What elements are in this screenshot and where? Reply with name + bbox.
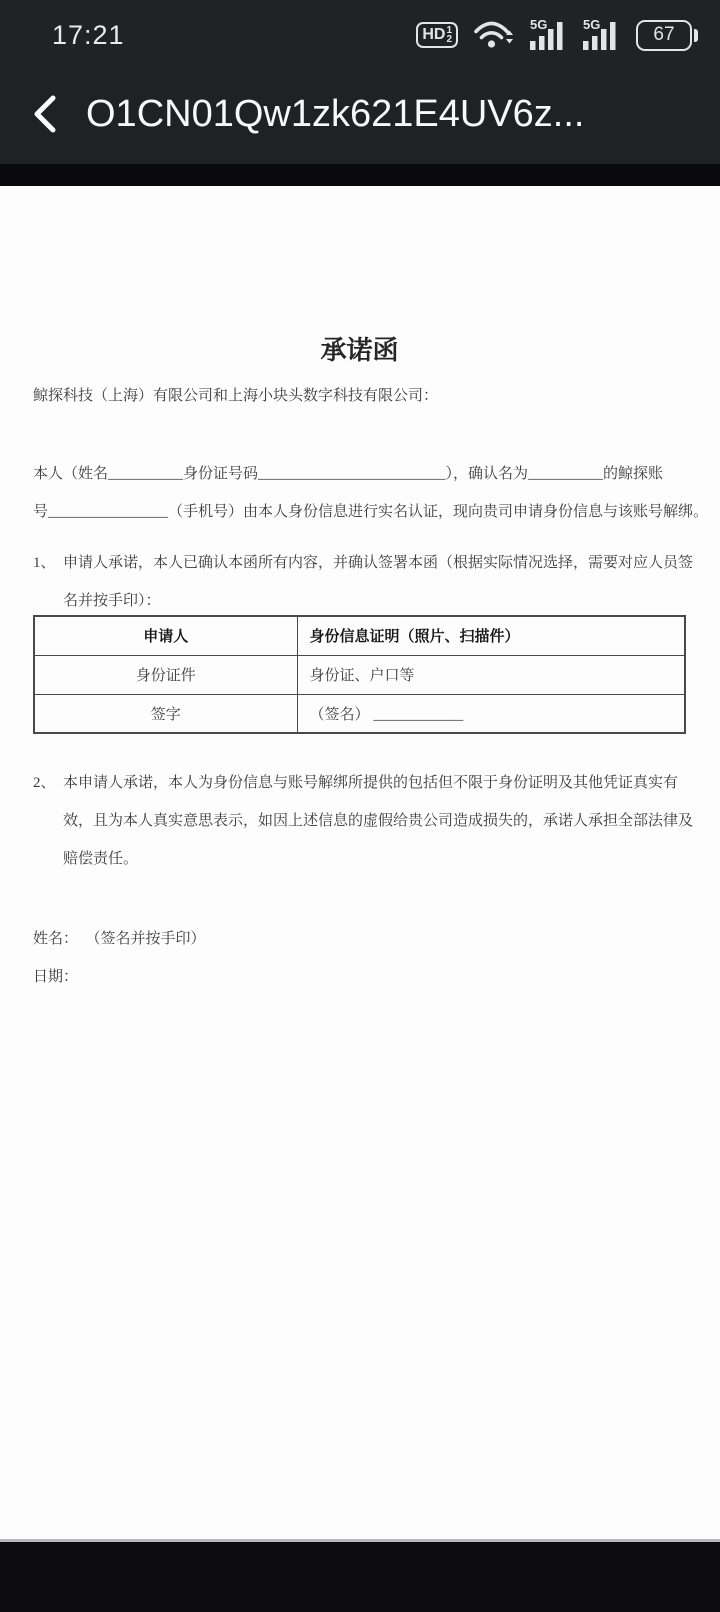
clause-2-number: 2、 [33, 764, 63, 802]
battery-level: 67 [636, 20, 692, 51]
clause-1: 1、 申请人承诺，本人已确认本函所有内容，并确认签署本函（根据实际情况选择，需要… [33, 544, 686, 620]
hd-icon: HD 1 2 [416, 22, 458, 48]
document-page[interactable]: 承诺函 鲸探科技（上海）有限公司和上海小块头数字科技有限公司： 本人（姓名___… [0, 186, 720, 1542]
clause-1-number: 1、 [33, 544, 63, 582]
back-button[interactable] [28, 91, 60, 137]
table-header-cell: 申请人 [34, 616, 297, 655]
clause-2: 2、 本申请人承诺，本人为身份信息与账号解绑所提供的包括但不限于身份证明及其他凭… [33, 764, 686, 878]
table-cell: （签名） ____________ [297, 694, 685, 733]
header-shadow-band [0, 164, 720, 186]
intro-line: 本人（姓名__________身份证号码____________________… [33, 455, 686, 493]
applicant-table: 申请人 身份信息证明（照片、扫描件） 身份证件 身份证、户口等 签字 （签名） … [33, 615, 686, 734]
table-header-row: 申请人 身份信息证明（照片、扫描件） [34, 616, 685, 655]
status-time: 17:21 [52, 20, 125, 51]
signal-icon-sim2: 5G [583, 18, 621, 52]
table-row: 身份证件 身份证、户口等 [34, 655, 685, 694]
table-cell: 身份证、户口等 [297, 655, 685, 694]
signature-name-line: 姓名： （签名并按手印） [33, 920, 686, 958]
clause-2-line: 赔偿责任。 [33, 840, 686, 878]
intro-paragraph: 本人（姓名__________身份证号码____________________… [33, 455, 686, 531]
svg-text:5G: 5G [530, 18, 547, 32]
signal-icon-sim1: 5G [530, 18, 568, 52]
clause-2-line: 本申请人承诺，本人为身份信息与账号解绑所提供的包括但不限于身份证明及其他凭证真实… [63, 764, 678, 802]
table-row: 签字 （签名） ____________ [34, 694, 685, 733]
phone-screen: 17:21 HD 1 2 5G [0, 0, 720, 1612]
chevron-left-icon [28, 91, 60, 137]
page-title: O1CN01Qw1zk621E4UV6z... [86, 93, 584, 136]
addressee-line: 鲸探科技（上海）有限公司和上海小块头数字科技有限公司： [33, 377, 686, 415]
svg-text:5G: 5G [583, 18, 600, 32]
app-header: O1CN01Qw1zk621E4UV6z... [0, 64, 720, 164]
table-cell: 签字 [34, 694, 297, 733]
wifi-icon [473, 18, 515, 52]
clause-1-line: 申请人承诺，本人已确认本函所有内容，并确认签署本函（根据实际情况选择，需要对应人… [63, 544, 693, 582]
intro-line: 号________________（手机号）由本人身份信息进行实名认证，现向贵司… [33, 493, 686, 531]
bottom-black-band [0, 1542, 720, 1612]
signature-date-line: 日期： [33, 958, 686, 996]
clause-2-line: 效，且为本人真实意思表示，如因上述信息的虚假给贵公司造成损失的，承诺人承担全部法… [33, 802, 686, 840]
table-header-cell: 身份信息证明（照片、扫描件） [297, 616, 685, 655]
table-cell: 身份证件 [34, 655, 297, 694]
document-title: 承诺函 [33, 333, 686, 369]
status-bar: 17:21 HD 1 2 5G [0, 0, 720, 64]
battery-icon: 67 [636, 20, 698, 51]
status-icons: HD 1 2 5G 5G [416, 18, 698, 52]
